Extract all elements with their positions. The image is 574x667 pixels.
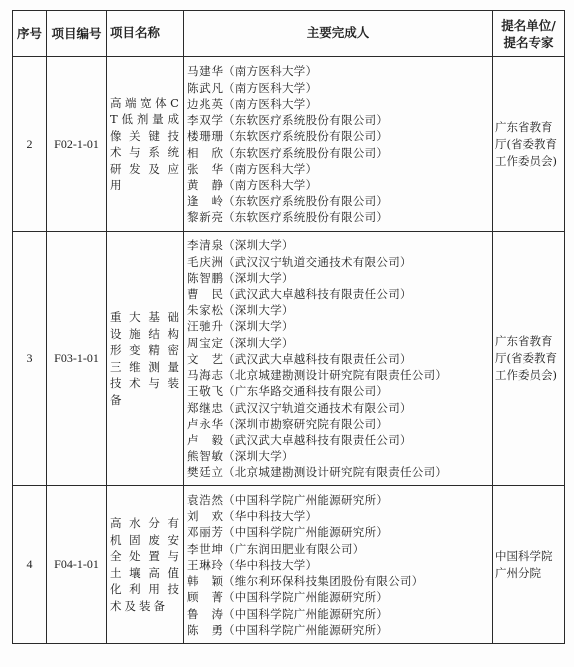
person-org: （武汉汉宁轨道交通技术有限公司）	[223, 401, 412, 415]
cell-people: 袁浩然（中国科学院广州能源研究所）刘欢（华中科技大学）邓丽芳（中国科学院广州能源…	[184, 486, 493, 644]
cell-title: 高水分有机固废安全处置与土壤高值化利用技术及装备	[107, 486, 184, 644]
header-nominator-line2: 提名专家	[503, 35, 553, 50]
person-org: （中国科学院广州能源研究所）	[223, 623, 388, 637]
person-name: 毛庆洲	[187, 254, 223, 270]
person-name: 王琳玲	[187, 557, 223, 573]
header-title: 项目名称	[107, 11, 184, 57]
person-org: （深圳大学）	[223, 271, 294, 285]
person-org: （北京城建勘测设计研究院有限责任公司）	[223, 368, 447, 382]
header-nominator-line1: 提名单位/	[501, 18, 556, 33]
table-row: 2 F02-1-01 高端宽体CT低剂量成像关键技术与系统研发及应用 马建华（南…	[13, 57, 565, 232]
person-name: 鲁涛	[187, 606, 223, 622]
person-name: 马海志	[187, 367, 223, 383]
person-name: 相欣	[187, 145, 223, 161]
person-entry: 刘欢（华中科技大学）	[187, 508, 492, 524]
header-people: 主要完成人	[184, 11, 493, 57]
person-name: 熊智敏	[187, 448, 223, 464]
cell-code: F02-1-01	[47, 57, 107, 232]
person-entry: 黄静（南方医科大学）	[187, 177, 492, 193]
person-org: （南方医科大学）	[223, 81, 317, 95]
person-name: 顾菁	[187, 589, 223, 605]
person-entry: 陈智鹏（深圳大学）	[187, 270, 492, 286]
person-org: （深圳市勘察研究院有限公司）	[223, 417, 388, 431]
person-entry: 周宝定（深圳大学）	[187, 335, 492, 351]
cell-seq: 4	[13, 486, 47, 644]
person-entry: 王琳玲（华中科技大学）	[187, 557, 492, 573]
person-org: （南方医科大学）	[223, 64, 317, 78]
person-name: 黄静	[187, 177, 223, 193]
person-entry: 卢毅（武汉武大卓越科技有限责任公司）	[187, 432, 492, 448]
person-name: 汪驰升	[187, 318, 223, 334]
cell-people: 马建华（南方医科大学）陈武凡（南方医科大学）边兆英（南方医科大学）李双学（东软医…	[184, 57, 493, 232]
project-title: 重大基础设施结构形变精密三维测量技术与装备	[110, 310, 182, 407]
person-org: （东软医疗系统股份有限公司）	[223, 113, 388, 127]
person-entry: 卢永华（深圳市勘察研究院有限公司）	[187, 416, 492, 432]
person-entry: 黎新亮（东软医疗系统股份有限公司）	[187, 209, 492, 225]
person-org: （东软医疗系统股份有限公司）	[223, 194, 388, 208]
person-entry: 马海志（北京城建勘测设计研究院有限责任公司）	[187, 367, 492, 383]
person-name: 楼珊珊	[187, 128, 223, 144]
person-entry: 朱家松（深圳大学）	[187, 302, 492, 318]
person-org: （深圳大学）	[223, 238, 294, 252]
cell-code: F03-1-01	[47, 232, 107, 486]
table-row: 3 F03-1-01 重大基础设施结构形变精密三维测量技术与装备 李清泉（深圳大…	[13, 232, 565, 486]
person-entry: 熊智敏（深圳大学）	[187, 448, 492, 464]
person-entry: 郑继忠（武汉汉宁轨道交通技术有限公司）	[187, 400, 492, 416]
table-row: 4 F04-1-01 高水分有机固废安全处置与土壤高值化利用技术及装备 袁浩然（…	[13, 486, 565, 644]
person-name: 文艺	[187, 351, 223, 367]
project-title: 高水分有机固废安全处置与土壤高值化利用技术及装备	[110, 516, 182, 613]
person-name: 韩颖	[187, 573, 223, 589]
person-org: （维尔利环保科技集团股份有限公司）	[223, 574, 424, 588]
person-name: 袁浩然	[187, 492, 223, 508]
person-entry: 边兆英（南方医科大学）	[187, 96, 492, 112]
cell-seq: 2	[13, 57, 47, 232]
person-name: 刘欢	[187, 508, 223, 524]
header-nominator: 提名单位/ 提名专家	[493, 11, 565, 57]
cell-nominator: 广东省教育厅(省委教育工作委员会)	[493, 57, 565, 232]
person-entry: 李世坤（广东润田肥业有限公司）	[187, 541, 492, 557]
person-name: 卢永华	[187, 416, 223, 432]
person-name: 陈武凡	[187, 80, 223, 96]
person-name: 马建华	[187, 63, 223, 79]
header-seq: 序号	[13, 11, 47, 57]
person-entry: 袁浩然（中国科学院广州能源研究所）	[187, 492, 492, 508]
person-org: （东软医疗系统股份有限公司）	[223, 129, 388, 143]
person-entry: 顾菁（中国科学院广州能源研究所）	[187, 589, 492, 605]
cell-nominator: 中国科学院广州分院	[493, 486, 565, 644]
person-org: （深圳大学）	[223, 449, 294, 463]
cell-nominator: 广东省教育厅(省委教育工作委员会)	[493, 232, 565, 486]
person-org: （中国科学院广州能源研究所）	[223, 493, 388, 507]
person-name: 黎新亮	[187, 209, 223, 225]
person-entry: 逢岭（东软医疗系统股份有限公司）	[187, 193, 492, 209]
person-entry: 李清泉（深圳大学）	[187, 237, 492, 253]
person-entry: 陈武凡（南方医科大学）	[187, 80, 492, 96]
project-title: 高端宽体CT低剂量成像关键技术与系统研发及应用	[110, 96, 182, 193]
person-name: 李双学	[187, 112, 223, 128]
person-name: 樊廷立	[187, 464, 223, 480]
person-entry: 韩颖（维尔利环保科技集团股份有限公司）	[187, 573, 492, 589]
person-org: （南方医科大学）	[223, 162, 317, 176]
person-name: 李清泉	[187, 237, 223, 253]
person-name: 郑继忠	[187, 400, 223, 416]
person-entry: 王敬飞（广东华路交通科技有限公司）	[187, 383, 492, 399]
person-org: （武汉武大卓越科技有限责任公司）	[223, 287, 412, 301]
person-name: 陈智鹏	[187, 270, 223, 286]
person-org: （中国科学院广州能源研究所）	[223, 590, 388, 604]
person-org: （广东华路交通科技有限公司）	[223, 384, 388, 398]
person-org: （东软医疗系统股份有限公司）	[223, 146, 388, 160]
person-org: （武汉武大卓越科技有限责任公司）	[223, 433, 412, 447]
person-name: 逢岭	[187, 193, 223, 209]
person-org: （南方医科大学）	[223, 97, 317, 111]
person-org: （东软医疗系统股份有限公司）	[223, 210, 388, 224]
cell-code: F04-1-01	[47, 486, 107, 644]
person-name: 周宝定	[187, 335, 223, 351]
person-name: 邓丽芳	[187, 524, 223, 540]
person-entry: 相欣（东软医疗系统股份有限公司）	[187, 145, 492, 161]
person-org: （广东润田肥业有限公司）	[223, 542, 365, 556]
person-org: （华中科技大学）	[223, 509, 317, 523]
person-entry: 马建华（南方医科大学）	[187, 63, 492, 79]
awards-table: 序号 项目编号 项目名称 主要完成人 提名单位/ 提名专家 2 F02-1-01…	[12, 10, 565, 644]
person-name: 王敬飞	[187, 383, 223, 399]
person-entry: 樊廷立（北京城建勘测设计研究院有限责任公司）	[187, 464, 492, 480]
person-org: （武汉汉宁轨道交通技术有限公司）	[223, 255, 412, 269]
cell-title: 高端宽体CT低剂量成像关键技术与系统研发及应用	[107, 57, 184, 232]
person-org: （华中科技大学）	[223, 558, 317, 572]
person-name: 李世坤	[187, 541, 223, 557]
cell-title: 重大基础设施结构形变精密三维测量技术与装备	[107, 232, 184, 486]
person-entry: 李双学（东软医疗系统股份有限公司）	[187, 112, 492, 128]
header-code: 项目编号	[47, 11, 107, 57]
cell-seq: 3	[13, 232, 47, 486]
person-name: 朱家松	[187, 302, 223, 318]
person-entry: 陈勇（中国科学院广州能源研究所）	[187, 622, 492, 638]
person-entry: 楼珊珊（东软医疗系统股份有限公司）	[187, 128, 492, 144]
person-org: （武汉武大卓越科技有限责任公司）	[223, 352, 412, 366]
person-entry: 文艺（武汉武大卓越科技有限责任公司）	[187, 351, 492, 367]
person-entry: 鲁涛（中国科学院广州能源研究所）	[187, 606, 492, 622]
person-org: （中国科学院广州能源研究所）	[223, 607, 388, 621]
person-name: 边兆英	[187, 96, 223, 112]
person-entry: 邓丽芳（中国科学院广州能源研究所）	[187, 524, 492, 540]
person-org: （深圳大学）	[223, 303, 294, 317]
person-name: 陈勇	[187, 622, 223, 638]
person-org: （中国科学院广州能源研究所）	[223, 525, 388, 539]
person-name: 张华	[187, 161, 223, 177]
cell-people: 李清泉（深圳大学）毛庆洲（武汉汉宁轨道交通技术有限公司）陈智鹏（深圳大学）曹民（…	[184, 232, 493, 486]
person-org: （深圳大学）	[223, 336, 294, 350]
person-org: （南方医科大学）	[223, 178, 317, 192]
header-row: 序号 项目编号 项目名称 主要完成人 提名单位/ 提名专家	[13, 11, 565, 57]
person-org: （深圳大学）	[223, 319, 294, 333]
person-entry: 张华（南方医科大学）	[187, 161, 492, 177]
person-name: 曹民	[187, 286, 223, 302]
person-org: （北京城建勘测设计研究院有限责任公司）	[223, 465, 447, 479]
person-name: 卢毅	[187, 432, 223, 448]
person-entry: 毛庆洲（武汉汉宁轨道交通技术有限公司）	[187, 254, 492, 270]
person-entry: 汪驰升（深圳大学）	[187, 318, 492, 334]
person-entry: 曹民（武汉武大卓越科技有限责任公司）	[187, 286, 492, 302]
